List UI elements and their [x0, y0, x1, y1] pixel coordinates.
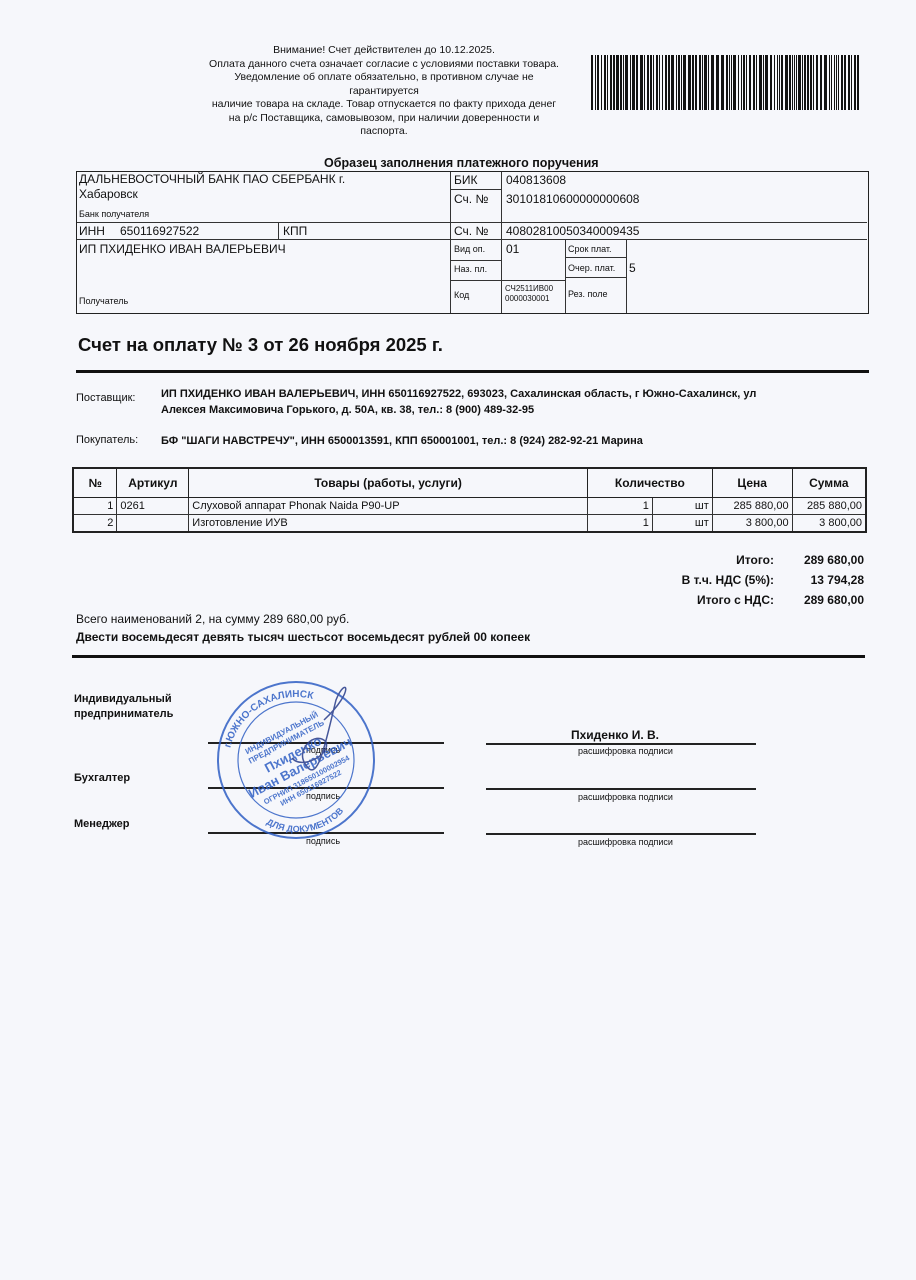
col-header-sum: Сумма [792, 468, 866, 498]
total-row: Итого: 289 680,00 [682, 550, 864, 570]
cell-price: 285 880,00 [712, 498, 792, 515]
code-value-line: 0000030001 [505, 294, 553, 304]
cell-qty: 1 [587, 498, 652, 515]
decode-caption: расшифровка подписи [578, 837, 673, 847]
entrepreneur-label-line: предприниматель [74, 707, 173, 722]
supplier-value: ИП ПХИДЕНКО ИВАН ВАЛЕРЬЕВИЧ, ИНН 6501169… [161, 386, 861, 418]
total-vat-label: Итого с НДС: [697, 593, 774, 607]
vat-label: В т.ч. НДС (5%): [682, 573, 774, 587]
decode-line [486, 743, 756, 745]
decode-line [486, 833, 756, 835]
stamp-bottom-text: ДЛЯ ДОКУМЕНТОВ [265, 805, 346, 834]
items-count-summary: Всего наименований 2, на сумму 289 680,0… [76, 612, 349, 626]
bik-value: 040813608 [506, 173, 566, 187]
col-header-num: № [73, 468, 117, 498]
divider [76, 370, 869, 373]
totals-block: Итого: 289 680,00 В т.ч. НДС (5%): 13 79… [682, 550, 864, 610]
table-header-row: № Артикул Товары (работы, услуги) Количе… [73, 468, 866, 498]
inn-label: ИНН [79, 224, 105, 238]
divider [77, 222, 867, 223]
vat-row: В т.ч. НДС (5%): 13 794,28 [682, 570, 864, 590]
divider [565, 239, 566, 313]
decode-caption: расшифровка подписи [578, 792, 673, 802]
divider [72, 655, 865, 658]
payment-form-title: Образец заполнения платежного поручения [324, 156, 599, 170]
divider [77, 239, 867, 240]
account-value: 40802810050340009435 [506, 224, 639, 238]
cell-sum: 285 880,00 [792, 498, 866, 515]
op-type-value: 01 [506, 242, 519, 256]
bank-name: ДАЛЬНЕВОСТОЧНЫЙ БАНК ПАО СБЕРБАНК г. Хаб… [79, 172, 449, 202]
divider [501, 172, 502, 313]
entrepreneur-name: Пхиденко И. В. [571, 728, 659, 742]
divider [278, 222, 279, 239]
bik-label: БИК [454, 173, 478, 187]
supplier-label: Поставщик: [76, 392, 135, 404]
bank-city: Хабаровск [79, 187, 449, 202]
cell-num: 2 [73, 515, 117, 533]
recipient-name: ИП ПХИДЕНКО ИВАН ВАЛЕРЬЕВИЧ [79, 242, 286, 256]
total-label: Итого: [736, 553, 774, 567]
table-row: 2 Изготовление ИУВ 1 шт 3 800,00 3 800,0… [73, 515, 866, 533]
corr-account-label: Сч. № [454, 192, 488, 206]
term-label: Срок плат. [568, 244, 612, 254]
entrepreneur-label: Индивидуальный предприниматель [74, 692, 173, 722]
company-stamp: г.ЮЖНО-САХАЛИНСК ИНДИВИДУАЛЬНЫЙ ПРЕДПРИН… [206, 670, 386, 840]
cell-num: 1 [73, 498, 117, 515]
notice-line: наличие товара на складе. Товар отпускае… [196, 98, 572, 112]
op-type-label: Вид оп. [454, 244, 485, 254]
divider [501, 280, 565, 281]
notice-line: на р/с Поставщика, самовывозом, при нали… [196, 112, 572, 126]
table-row: 1 0261 Слуховой аппарат Phonak Naida P90… [73, 498, 866, 515]
col-header-qty: Количество [587, 468, 712, 498]
kpp-label: КПП [283, 224, 307, 238]
recipient-label: Получатель [79, 296, 128, 306]
reserve-label: Рез. поле [568, 289, 607, 299]
total-vat-row: Итого с НДС: 289 680,00 [682, 590, 864, 610]
amount-in-words: Двести восемьдесят девять тысяч шестьсот… [76, 630, 530, 644]
col-header-article: Артикул [117, 468, 189, 498]
purpose-label: Наз. пл. [454, 264, 487, 274]
buyer-value: БФ "ШАГИ НАВСТРЕЧУ", ИНН 6500013591, КПП… [161, 433, 643, 449]
notice-line: Внимание! Счет действителен до 10.12.202… [196, 44, 572, 58]
supplier-line: ИП ПХИДЕНКО ИВАН ВАЛЕРЬЕВИЧ, ИНН 6501169… [161, 386, 861, 402]
inn-value: 650116927522 [120, 224, 199, 238]
divider [565, 257, 626, 258]
decode-line [486, 788, 756, 790]
order-label: Очер. плат. [568, 263, 615, 273]
col-header-price: Цена [712, 468, 792, 498]
divider [626, 239, 627, 313]
svg-text:ДЛЯ ДОКУМЕНТОВ: ДЛЯ ДОКУМЕНТОВ [265, 805, 346, 834]
buyer-label: Покупатель: [76, 434, 138, 446]
divider [450, 172, 451, 313]
payment-form: ДАЛЬНЕВОСТОЧНЫЙ БАНК ПАО СБЕРБАНК г. Хаб… [76, 171, 869, 314]
bank-label: Банк получателя [79, 209, 149, 219]
col-header-name: Товары (работы, услуги) [189, 468, 588, 498]
manager-label: Менеджер [74, 817, 130, 832]
cell-article [117, 515, 189, 533]
total-vat-value: 289 680,00 [774, 593, 864, 607]
code-value: СЧ2511ИВ00 0000030001 [505, 284, 553, 304]
notice-line: гарантируется [196, 85, 572, 99]
cell-name: Слуховой аппарат Phonak Naida P90-UP [189, 498, 588, 515]
notice-line: паспорта. [196, 125, 572, 139]
validity-notice: Внимание! Счет действителен до 10.12.202… [196, 44, 572, 139]
invoice-title: Счет на оплату № 3 от 26 ноября 2025 г. [78, 334, 443, 356]
entrepreneur-label-line: Индивидуальный [74, 692, 173, 707]
accountant-label: Бухгалтер [74, 771, 130, 786]
cell-sum: 3 800,00 [792, 515, 866, 533]
divider [450, 280, 501, 281]
bank-name-line: ДАЛЬНЕВОСТОЧНЫЙ БАНК ПАО СБЕРБАНК г. [79, 172, 449, 187]
code-label: Код [454, 290, 469, 300]
decode-caption: расшифровка подписи [578, 746, 673, 756]
notice-line: Оплата данного счета означает согласие с… [196, 58, 572, 72]
divider [450, 260, 501, 261]
cell-price: 3 800,00 [712, 515, 792, 533]
notice-line: Уведомление об оплате обязательно, в про… [196, 71, 572, 85]
vat-value: 13 794,28 [774, 573, 864, 587]
barcode-icon [591, 55, 859, 110]
divider [450, 189, 501, 190]
cell-unit: шт [652, 498, 712, 515]
cell-article: 0261 [117, 498, 189, 515]
cell-name: Изготовление ИУВ [189, 515, 588, 533]
items-table: № Артикул Товары (работы, услуги) Количе… [72, 467, 867, 533]
order-value: 5 [629, 261, 636, 275]
supplier-line: Алексея Максимовича Горького, д. 50А, кв… [161, 402, 861, 418]
code-value-line: СЧ2511ИВ00 [505, 284, 553, 294]
cell-qty: 1 [587, 515, 652, 533]
total-value: 289 680,00 [774, 553, 864, 567]
cell-unit: шт [652, 515, 712, 533]
divider [565, 277, 626, 278]
account-label: Сч. № [454, 224, 488, 238]
corr-account-value: 30101810600000000608 [506, 192, 639, 206]
